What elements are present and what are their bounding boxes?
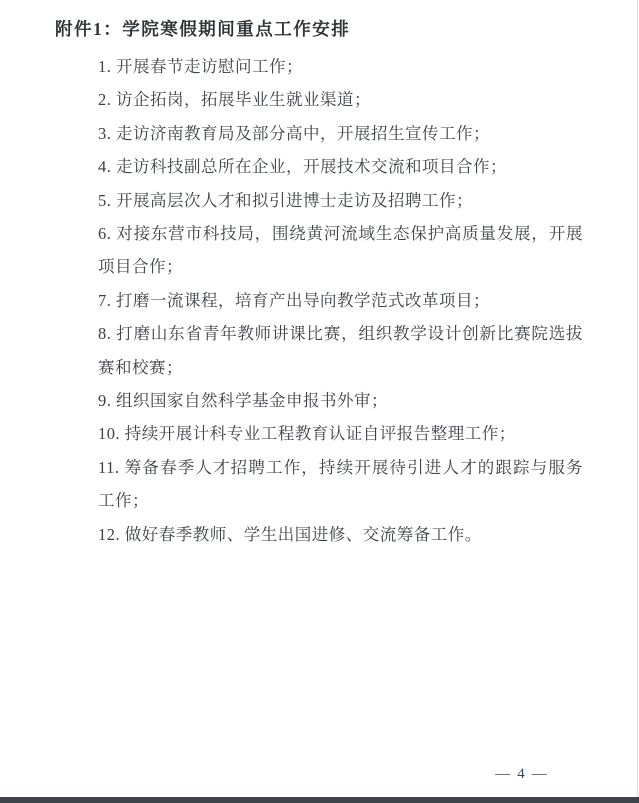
work-item-line: 12. 做好春季教师、学生出国进修、交流筹备工作。 — [98, 518, 583, 551]
work-item-2: 2. 访企拓岗，拓展毕业生就业渠道； — [98, 83, 583, 116]
work-item-list: 1. 开展春节走访慰问工作； 2. 访企拓岗，拓展毕业生就业渠道； 3. 走访济… — [98, 50, 583, 551]
work-item-4: 4. 走访科技副总所在企业，开展技术交流和项目合作； — [98, 150, 583, 183]
work-item-line: 4. 走访科技副总所在企业，开展技术交流和项目合作； — [98, 150, 583, 183]
work-item-line: 1. 开展春节走访慰问工作； — [98, 50, 583, 83]
work-item-5: 5. 开展高层次人才和拟引进博士走访及招聘工作； — [98, 184, 583, 217]
work-item-12: 12. 做好春季教师、学生出国进修、交流筹备工作。 — [98, 518, 583, 551]
work-item-7: 7. 打磨一流课程，培育产出导向教学范式改革项目； — [98, 284, 583, 317]
document-page: 附件1：学院寒假期间重点工作安排 1. 开展春节走访慰问工作； 2. 访企拓岗，… — [0, 0, 639, 803]
footer-left-dash: — — [495, 766, 510, 782]
work-item-line: 6. 对接东营市科技局，围绕黄河流域生态保护高质量发展，开展 — [98, 217, 583, 250]
work-item-line: 赛和校赛； — [98, 351, 583, 384]
work-item-line: 10. 持续开展计科专业工程教育认证自评报告整理工作； — [98, 417, 583, 450]
work-item-line: 5. 开展高层次人才和拟引进博士走访及招聘工作； — [98, 184, 583, 217]
work-item-line: 8. 打磨山东省青年教师讲课比赛，组织教学设计创新比赛院选拔 — [98, 317, 583, 350]
work-item-line: 工作； — [98, 484, 583, 517]
work-item-8: 8. 打磨山东省青年教师讲课比赛，组织教学设计创新比赛院选拔 赛和校赛； — [98, 317, 583, 384]
scan-right-edge-line — [637, 0, 638, 803]
work-item-line: 9. 组织国家自然科学基金申报书外审； — [98, 384, 583, 417]
work-item-11: 11. 筹备春季人才招聘工作，持续开展待引进人才的跟踪与服务 工作； — [98, 451, 583, 518]
attachment-title: 附件1：学院寒假期间重点工作安排 — [55, 20, 350, 39]
work-item-3: 3. 走访济南教育局及部分高中，开展招生宣传工作； — [98, 117, 583, 150]
work-item-line: 2. 访企拓岗，拓展毕业生就业渠道； — [98, 83, 583, 116]
footer-page-number: 4 — [517, 766, 525, 782]
work-item-1: 1. 开展春节走访慰问工作； — [98, 50, 583, 83]
work-item-6: 6. 对接东营市科技局，围绕黄河流域生态保护高质量发展，开展 项目合作； — [98, 217, 583, 284]
work-item-line: 3. 走访济南教育局及部分高中，开展招生宣传工作； — [98, 117, 583, 150]
work-item-line: 项目合作； — [98, 250, 583, 283]
work-item-9: 9. 组织国家自然科学基金申报书外审； — [98, 384, 583, 417]
work-item-line: 11. 筹备春季人才招聘工作，持续开展待引进人才的跟踪与服务 — [98, 451, 583, 484]
work-item-line: 7. 打磨一流课程，培育产出导向教学范式改革项目； — [98, 284, 583, 317]
footer-right-dash: — — [532, 766, 547, 782]
page-number-footer: —4— — [483, 764, 559, 784]
scan-bottom-edge-bar — [0, 797, 639, 803]
work-item-10: 10. 持续开展计科专业工程教育认证自评报告整理工作； — [98, 417, 583, 450]
